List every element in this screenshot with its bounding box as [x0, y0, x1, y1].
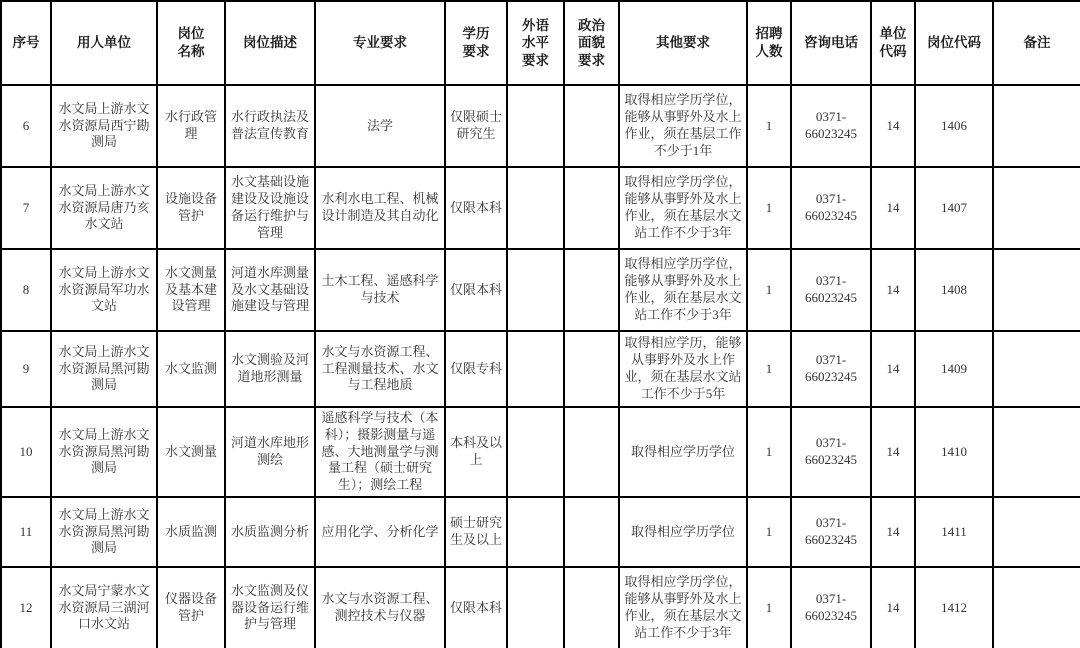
- cell-employer: 水文局上游水文水资源局黑河勘测局: [51, 497, 157, 567]
- cell-position-code: 1411: [915, 497, 993, 567]
- header-position-code: 岗位代码: [915, 1, 993, 85]
- cell-unit-code: 14: [871, 567, 915, 648]
- cell-position-code: 1409: [915, 331, 993, 407]
- cell-remarks: [993, 167, 1080, 249]
- cell-phone: 0371-66023245: [791, 407, 871, 497]
- cell-foreign-lang-req: [507, 85, 564, 167]
- cell-employer: 水文局上游水文水资源局军功水文站: [51, 249, 157, 331]
- header-political-status-req: 政治 面貌 要求: [564, 1, 619, 85]
- cell-major-req: 水利水电工程、机械设计制造及其自动化: [315, 167, 445, 249]
- cell-unit-code: 14: [871, 167, 915, 249]
- cell-political-status-req: [564, 331, 619, 407]
- cell-position-name: 仪器设备管护: [157, 567, 225, 648]
- cell-unit-code: 14: [871, 249, 915, 331]
- cell-position-desc: 水行政执法及普法宣传教育: [225, 85, 315, 167]
- cell-position-desc: 水文测验及河道地形测量: [225, 331, 315, 407]
- cell-major-req: 水文与水资源工程、测控技术与仪器: [315, 567, 445, 648]
- cell-major-req: 遥感科学与技术（本科）；摄影测量与遥感、大地测量学与测量工程（硕士研究生）；测绘…: [315, 407, 445, 497]
- cell-education-req: 本科及以上: [445, 407, 507, 497]
- cell-major-req: 水文与水资源工程、工程测量技术、水文与工程地质: [315, 331, 445, 407]
- cell-position-code: 1410: [915, 407, 993, 497]
- cell-headcount: 1: [747, 407, 791, 497]
- table-body: 6水文局上游水文水资源局西宁勘测局水行政管理水行政执法及普法宣传教育法学仅限硕士…: [1, 85, 1080, 648]
- cell-foreign-lang-req: [507, 331, 564, 407]
- cell-employer: 水文局上游水文水资源局唐乃亥水文站: [51, 167, 157, 249]
- cell-position-code: 1408: [915, 249, 993, 331]
- cell-unit-code: 14: [871, 407, 915, 497]
- cell-education-req: 仅限本科: [445, 249, 507, 331]
- cell-major-req: 应用化学、分析化学: [315, 497, 445, 567]
- cell-position-name: 水质监测: [157, 497, 225, 567]
- cell-employer: 水文局上游水文水资源局黑河勘测局: [51, 331, 157, 407]
- cell-foreign-lang-req: [507, 167, 564, 249]
- cell-political-status-req: [564, 567, 619, 648]
- cell-foreign-lang-req: [507, 567, 564, 648]
- cell-index: 10: [1, 407, 51, 497]
- cell-education-req: 仅限硕士研究生: [445, 85, 507, 167]
- cell-remarks: [993, 249, 1080, 331]
- cell-position-name: 水文监测: [157, 331, 225, 407]
- cell-remarks: [993, 567, 1080, 648]
- header-foreign-lang-req: 外语 水平 要求: [507, 1, 564, 85]
- header-headcount: 招聘 人数: [747, 1, 791, 85]
- table-row: 12水文局宁蒙水文水资源局三湖河口水文站仪器设备管护水文监测及仪器设备运行维护与…: [1, 567, 1080, 648]
- cell-political-status-req: [564, 249, 619, 331]
- cell-phone: 0371-66023245: [791, 497, 871, 567]
- cell-headcount: 1: [747, 167, 791, 249]
- cell-phone: 0371-66023245: [791, 167, 871, 249]
- header-employer: 用人单位: [51, 1, 157, 85]
- cell-headcount: 1: [747, 567, 791, 648]
- header-unit-code: 单位 代码: [871, 1, 915, 85]
- table-header: 序号 用人单位 岗位 名称 岗位描述 专业要求 学历 要求 外语 水平 要求 政…: [1, 1, 1080, 85]
- cell-position-desc: 河道水库测量及水文基础设施建设与管理: [225, 249, 315, 331]
- cell-other-req: 取得相应学历学位，能够从事野外及水上作业，须在基层水文站工作不少于3年: [619, 167, 747, 249]
- cell-political-status-req: [564, 497, 619, 567]
- cell-phone: 0371-66023245: [791, 331, 871, 407]
- cell-political-status-req: [564, 407, 619, 497]
- cell-remarks: [993, 331, 1080, 407]
- cell-position-code: 1412: [915, 567, 993, 648]
- cell-position-desc: 水质监测分析: [225, 497, 315, 567]
- cell-education-req: 仅限本科: [445, 167, 507, 249]
- cell-position-name: 水行政管理: [157, 85, 225, 167]
- cell-position-name: 设施设备管护: [157, 167, 225, 249]
- header-remarks: 备注: [993, 1, 1080, 85]
- cell-position-code: 1406: [915, 85, 993, 167]
- cell-remarks: [993, 407, 1080, 497]
- cell-position-name: 水文测量: [157, 407, 225, 497]
- header-position-name: 岗位 名称: [157, 1, 225, 85]
- cell-education-req: 硕士研究生及以上: [445, 497, 507, 567]
- cell-major-req: 土木工程、遥感科学与技术: [315, 249, 445, 331]
- cell-headcount: 1: [747, 85, 791, 167]
- cell-foreign-lang-req: [507, 407, 564, 497]
- recruitment-table-page: 序号 用人单位 岗位 名称 岗位描述 专业要求 学历 要求 外语 水平 要求 政…: [0, 0, 1080, 648]
- table-row: 6水文局上游水文水资源局西宁勘测局水行政管理水行政执法及普法宣传教育法学仅限硕士…: [1, 85, 1080, 167]
- cell-position-desc: 河道水库地形测绘: [225, 407, 315, 497]
- cell-education-req: 仅限本科: [445, 567, 507, 648]
- cell-position-desc: 水文基础设施建设及设施设备运行维护与管理: [225, 167, 315, 249]
- header-major-req: 专业要求: [315, 1, 445, 85]
- cell-index: 9: [1, 331, 51, 407]
- cell-phone: 0371-66023245: [791, 85, 871, 167]
- header-index: 序号: [1, 1, 51, 85]
- cell-remarks: [993, 497, 1080, 567]
- cell-phone: 0371-66023245: [791, 249, 871, 331]
- cell-employer: 水文局宁蒙水文水资源局三湖河口水文站: [51, 567, 157, 648]
- cell-other-req: 取得相应学历学位: [619, 497, 747, 567]
- cell-index: 8: [1, 249, 51, 331]
- table-row: 9水文局上游水文水资源局黑河勘测局水文监测水文测验及河道地形测量水文与水资源工程…: [1, 331, 1080, 407]
- table-row: 10水文局上游水文水资源局黑河勘测局水文测量河道水库地形测绘遥感科学与技术（本科…: [1, 407, 1080, 497]
- cell-education-req: 仅限专科: [445, 331, 507, 407]
- header-phone: 咨询电话: [791, 1, 871, 85]
- header-education-req: 学历 要求: [445, 1, 507, 85]
- cell-unit-code: 14: [871, 331, 915, 407]
- cell-foreign-lang-req: [507, 249, 564, 331]
- cell-unit-code: 14: [871, 85, 915, 167]
- cell-other-req: 取得相应学历学位，能够从事野外及水上作业，须在基层水文站工作不少于3年: [619, 249, 747, 331]
- cell-other-req: 取得相应学历学位: [619, 407, 747, 497]
- cell-other-req: 取得相应学历学位，能够从事野外及水上作业，须在基层工作不少于1年: [619, 85, 747, 167]
- cell-position-desc: 水文监测及仪器设备运行维护与管理: [225, 567, 315, 648]
- table-row: 7水文局上游水文水资源局唐乃亥水文站设施设备管护水文基础设施建设及设施设备运行维…: [1, 167, 1080, 249]
- cell-other-req: 取得相应学历，能够从事野外及水上作业，须在基层水文站工作不少于5年: [619, 331, 747, 407]
- cell-other-req: 取得相应学历学位，能够从事野外及水上作业，须在基层水文站工作不少于3年: [619, 567, 747, 648]
- cell-position-name: 水文测量及基本建设管理: [157, 249, 225, 331]
- cell-index: 7: [1, 167, 51, 249]
- cell-headcount: 1: [747, 497, 791, 567]
- cell-political-status-req: [564, 167, 619, 249]
- cell-headcount: 1: [747, 331, 791, 407]
- cell-employer: 水文局上游水文水资源局黑河勘测局: [51, 407, 157, 497]
- header-position-desc: 岗位描述: [225, 1, 315, 85]
- cell-position-code: 1407: [915, 167, 993, 249]
- table-row: 8水文局上游水文水资源局军功水文站水文测量及基本建设管理河道水库测量及水文基础设…: [1, 249, 1080, 331]
- header-row: 序号 用人单位 岗位 名称 岗位描述 专业要求 学历 要求 外语 水平 要求 政…: [1, 1, 1080, 85]
- cell-foreign-lang-req: [507, 497, 564, 567]
- cell-index: 12: [1, 567, 51, 648]
- cell-index: 6: [1, 85, 51, 167]
- cell-headcount: 1: [747, 249, 791, 331]
- cell-major-req: 法学: [315, 85, 445, 167]
- cell-phone: 0371-66023245: [791, 567, 871, 648]
- recruitment-positions-table: 序号 用人单位 岗位 名称 岗位描述 专业要求 学历 要求 外语 水平 要求 政…: [0, 0, 1080, 648]
- cell-remarks: [993, 85, 1080, 167]
- cell-unit-code: 14: [871, 497, 915, 567]
- cell-index: 11: [1, 497, 51, 567]
- header-other-req: 其他要求: [619, 1, 747, 85]
- cell-political-status-req: [564, 85, 619, 167]
- table-row: 11水文局上游水文水资源局黑河勘测局水质监测水质监测分析应用化学、分析化学硕士研…: [1, 497, 1080, 567]
- cell-employer: 水文局上游水文水资源局西宁勘测局: [51, 85, 157, 167]
